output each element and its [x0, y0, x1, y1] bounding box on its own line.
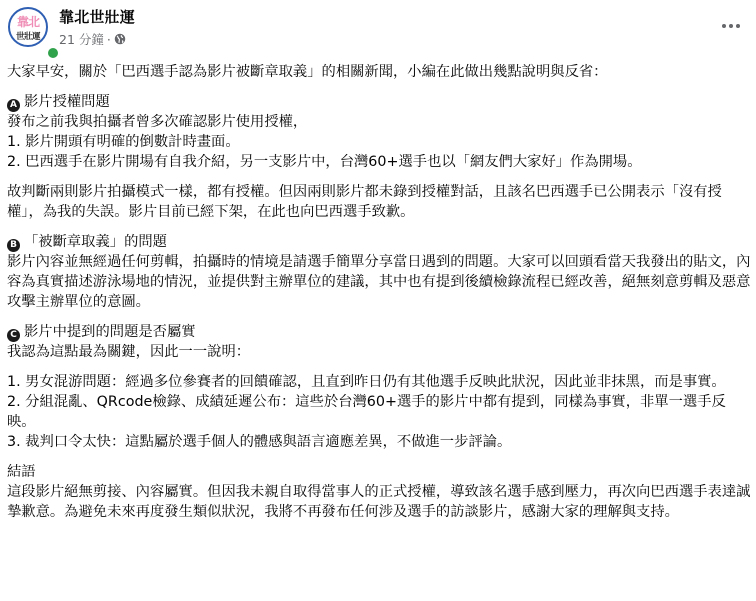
section-a-heading: A影片授權問題 [7, 92, 752, 112]
avatar[interactable]: 靠北 世壯運 [8, 7, 48, 47]
section-c-item: 2. 分組混亂、QRcode檢錄、成績延遲公布：這些於台灣60+選手的影片中都有… [7, 392, 752, 432]
intro-paragraph: 大家早安，關於「巴西選手認為影片被斷章取義」的相關新聞，小編在此做出幾點說明與反… [7, 62, 752, 82]
section-b-text: 影片內容並無經過任何剪輯，拍攝時的情境是請選手簡單分享當日遇到的問題。大家可以回… [7, 252, 752, 312]
post-body: 大家早安，關於「巴西選手認為影片被斷章取義」的相關新聞，小編在此做出幾點說明與反… [7, 62, 752, 522]
avatar-top-text: 靠北 [10, 13, 46, 30]
globe-icon[interactable] [114, 33, 126, 45]
more-dot-icon [736, 24, 740, 28]
section-a-conclusion: 故判斷兩則影片拍攝模式一樣，都有授權。但因兩則影片都未錄到授權對話，且該名巴西選… [7, 182, 752, 222]
letter-b-badge-icon: B [7, 239, 20, 252]
section-a-title: 影片授權問題 [24, 94, 110, 110]
section-c-heading: C影片中提到的問題是否屬實 [7, 322, 752, 342]
section-b-title: 「被斷章取義」的問題 [24, 234, 167, 250]
letter-a-badge-icon: A [7, 99, 20, 112]
section-a-line: 2. 巴西選手在影片開場有自我介紹，另一支影片中，台灣60+選手也以「網友們大家… [7, 152, 752, 172]
post-timestamp[interactable]: 21 分鐘 [59, 30, 104, 48]
page-name-link[interactable]: 靠北世壯運 [59, 6, 135, 27]
post-header: 靠北 世壯運 靠北世壯運 21 分鐘 · [0, 0, 756, 54]
closing-text: 這段影片絕無剪接、內容屬實。但因我未親自取得當事人的正式授權，導致該名選手感到壓… [7, 482, 752, 522]
more-options-button[interactable] [716, 16, 746, 36]
avatar-bottom-text: 世壯運 [10, 30, 46, 42]
section-c-item: 3. 裁判口令太快：這點屬於選手個人的體感與語言適應差異，不做進一步評論。 [7, 432, 752, 452]
post-meta: 21 分鐘 · [59, 30, 126, 48]
section-c-item: 1. 男女混游問題：經過多位參賽者的回饋確認，且直到昨日仍有其他選手反映此狀況，… [7, 372, 752, 392]
section-c-title: 影片中提到的問題是否屬實 [24, 324, 196, 340]
section-b-heading: B「被斷章取義」的問題 [7, 232, 752, 252]
section-c-intro: 我認為這點最為關鍵，因此一一說明： [7, 342, 752, 362]
section-a-line: 1. 影片開頭有明確的倒數計時畫面。 [7, 132, 752, 152]
closing-title: 結語 [7, 462, 752, 482]
more-dot-icon [729, 24, 733, 28]
meta-separator: · [107, 32, 111, 47]
section-a-line: 發布之前我與拍攝者曾多次確認影片使用授權， [7, 112, 752, 132]
letter-c-badge-icon: C [7, 329, 20, 342]
online-status-dot [46, 46, 60, 60]
more-dot-icon [722, 24, 726, 28]
facebook-post: 靠北 世壯運 靠北世壯運 21 分鐘 · 大家早安，關於「巴西選手認為影片被斷章… [0, 0, 756, 601]
